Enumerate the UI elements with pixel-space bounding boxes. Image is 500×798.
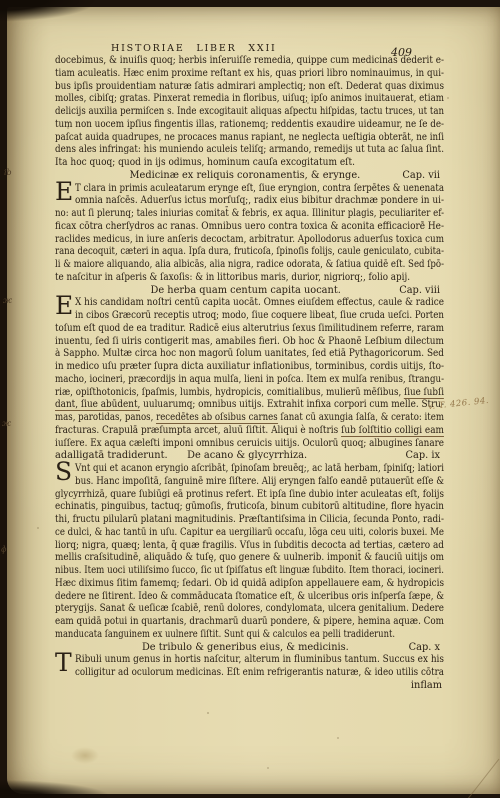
catchword-text: inflam (411, 680, 442, 691)
line-text: inuentu, ſed ſi uiris contigerit mas, am… (55, 335, 444, 348)
line-text: pterygijs. Sanat & ueſicæ ſcabiē, renū d… (55, 602, 444, 615)
dark-corner-bottom-left (0, 766, 170, 798)
line-text: in medico uſu præter ſupra dicta auxilia… (55, 360, 444, 373)
text-line: riæ, opiſthotonicis, ſpaſmis, lumbis, hy… (55, 386, 444, 399)
catchword: inflam (55, 679, 444, 692)
line-text: te naſcitur in aſperis & ſaxoſis: & in l… (55, 271, 410, 284)
chapter-title: De herba quam centum capita uocant. (151, 284, 341, 297)
book-page: HISTORIAE LIBER XXII 409 docebimus, & in… (7, 7, 500, 794)
margin-mark: ɸ (1, 545, 7, 554)
text-line: Hæc diximus ſitim famemq; ſedari. Ob id … (55, 577, 444, 590)
line-text: à Sappho. Multæ circa hoc non magorū ſol… (55, 347, 444, 360)
ink-underline: ſiue ſubſi (404, 387, 444, 399)
line-text: ficax cōtra cherſydros ac ranas. Omnibus… (55, 220, 444, 233)
text-line: liorq; nigra, quæq; lenta, q̄ quæ fragil… (55, 539, 444, 552)
line-text: bus. Hanc impoſitā, ſanguinē mire ſiſter… (75, 475, 444, 488)
text-line: manducata ſanguinem ex uulnere ſiſtit. S… (55, 628, 444, 641)
text-line: nibus. Item uoci utiliſsimo ſucco, ſic u… (55, 564, 444, 577)
text-line: mas, parotidas, panos, recedētes ab oſsi… (55, 411, 444, 424)
text-line: delicijs auxilia permiſcen s. Inde excog… (55, 105, 444, 118)
book-photo: HISTORIAE LIBER XXII 409 docebimus, & in… (0, 0, 500, 798)
chapter-title: De acano & glycyrrhiza. (187, 449, 307, 462)
ink-underline: ſub ſolſtitio colligi eam (341, 425, 444, 437)
text-line: in cibos Græcorū receptis utroq; modo, ſ… (55, 309, 444, 322)
line-text: fracturas. Crapulā præſumpta arcet, aluū… (55, 424, 444, 437)
text-line: molles, cibiſq; gratas. Pinxerat remedia… (55, 92, 444, 105)
text-line: T clara in primis aculeatarum erynge eſt… (55, 182, 444, 195)
text-line: echinatis, pinguibus, tactuq; gūmoſis, f… (55, 500, 444, 513)
line-text: thi, fructu pilularū platani magnitudini… (55, 513, 444, 526)
chapter-heading: De herba quam centum capita uocant.Cap. … (55, 284, 444, 297)
line-text: T clara in primis aculeatarum erynge eſt… (75, 182, 444, 195)
line-text: li & maiore aliquando, alia albicās, ali… (55, 258, 444, 271)
line-text: raclides medicus, in iure anſeris decoct… (55, 233, 444, 246)
text-line: no: aut ſi plerunq; tales iniurias comit… (55, 207, 444, 220)
drop-cap: T (55, 651, 75, 675)
text-line: dant, ſiue abūdent, uuluarumq; omnibus u… (55, 398, 444, 411)
text-line: ce dulci, & hac tantū in uſu. Capitur ea… (55, 526, 444, 539)
paper-stain (71, 747, 99, 764)
chapter-number: Cap. viii (399, 284, 440, 297)
line-text: liorq; nigra, quæq; lenta, q̄ quæ fragil… (55, 539, 444, 552)
text-line: in medico uſu præter ſupra dicta auxilia… (55, 360, 444, 373)
text-line: dens ales infringat: his muniendo aculei… (55, 143, 444, 156)
text-line: rana decoquit, cæteri in aqua. Ipſa dura… (55, 245, 444, 258)
dark-corner-top-left (0, 0, 140, 32)
text-line: mellis craſsitudinē, aliquādo & tuſę, qu… (55, 551, 444, 564)
chapter-title: De tribulo & generibus eius, & medicinis… (142, 641, 349, 654)
line-text: iuſſere. Ex aqua cæleſti imponi omnibus … (55, 437, 444, 450)
line-text: in cibos Græcorū receptis utroq; modo, ſ… (75, 309, 444, 322)
line-text: nibus. Item uoci utiliſsimo ſucco, ſic u… (55, 564, 444, 577)
line-text: eam quidā potui in quartanis, drachmarū … (55, 615, 444, 628)
line-text: Hæc diximus ſitim famemq; ſedari. Ob id … (55, 577, 444, 590)
ink-underline: recedētes ab oſsibus carnes (156, 412, 278, 424)
line-text: mas, parotidas, panos, recedētes ab oſsi… (55, 411, 444, 424)
text-line: X his candidam noſtri centū capita uocāt… (55, 296, 444, 309)
text-line: raclides medicus, in iure anſeris decoct… (55, 233, 444, 246)
chapter-number: Cap. x (409, 641, 440, 654)
line-text: macho, iocineri, præcordijs in aqua mulſ… (55, 373, 444, 386)
line-text: dens ales infringat: his muniendo aculei… (55, 143, 444, 156)
text-line: bus ipſis prouidentiam naturæ ſatis admi… (55, 80, 444, 93)
margin-mark: ж (2, 419, 11, 428)
paper-crease (467, 759, 500, 798)
text-line: à Sappho. Multæ circa hoc non magorū ſol… (55, 347, 444, 360)
drop-cap: S (55, 460, 75, 484)
text-line: macho, iocineri, præcordijs in aqua mulſ… (55, 373, 444, 386)
chapter-number: Cap. ix (406, 449, 441, 462)
text-line: toſum eſt quod de ea traditur. Radicē ei… (55, 322, 444, 335)
line-text: mellis craſsitudinē, aliquādo & tuſę, qu… (55, 551, 444, 564)
running-header: HISTORIAE LIBER XXII (111, 43, 277, 54)
text-line: iuſſere. Ex aqua cæleſti imponi omnibus … (55, 437, 444, 450)
text-line: omnia naſcēs. Aduerſus ictus morſuſq;, r… (55, 194, 444, 207)
text-line: bus. Hanc impoſitā, ſanguinē mire ſiſter… (55, 475, 444, 488)
line-text: manducata ſanguinem ex uulnere ſiſtit. S… (55, 628, 395, 641)
line-text: dedere ne ſitirent. Ideo & commāducata ſ… (55, 590, 444, 603)
text-block: docebimus, & inuiſis quoq; herbis inſeru… (55, 54, 444, 692)
line-text: tum non uocem ipſius fingentis illas, ra… (55, 118, 444, 131)
text-line: docebimus, & inuiſis quoq; herbis inſeru… (55, 54, 444, 67)
text-line: li & maiore aliquando, alia albicās, ali… (55, 258, 444, 271)
text-line: Ribuli unum genus in hortis naſcitur, al… (55, 653, 444, 666)
line-text: delicijs auxilia permiſcen s. Inde excog… (55, 105, 444, 118)
text-line: inuentu, ſed ſi uiris contigerit mas, am… (55, 335, 444, 348)
text-line: Vnt qui et acanon eryngio aſcribāt, ſpin… (55, 462, 444, 475)
text-line: Ita hoc quoq; quod in ijs odimus, hominu… (55, 156, 444, 169)
line-text: riæ, opiſthotonicis, ſpaſmis, lumbis, hy… (55, 386, 444, 399)
line-text: bus ipſis prouidentiam naturæ ſatis admi… (55, 80, 444, 93)
line-text: Ribuli unum genus in hortis naſcitur, al… (75, 653, 444, 666)
text-line: ficax cōtra cherſydros ac ranas. Omnibus… (55, 220, 444, 233)
text-line: thi, fructu pilularū platani magnitudini… (55, 513, 444, 526)
chapter-heading: De tribulo & generibus eius, & medicinis… (55, 641, 444, 654)
text-line: glycyrrhizā, quare ſubiūgi eā protinus r… (55, 488, 444, 501)
line-text: X his candidam noſtri centū capita uocāt… (75, 296, 444, 309)
text-line: fracturas. Crapulā præſumpta arcet, aluū… (55, 424, 444, 437)
drop-cap: E (55, 294, 75, 318)
text-line: te naſcitur in aſperis & ſaxoſis: & in l… (55, 271, 444, 284)
line-text: Ita hoc quoq; quod in ijs odimus, hominu… (55, 156, 355, 169)
line-text: rana decoquit, cæteri in aqua. Ipſa dura… (55, 245, 444, 258)
line-text: ce dulci, & hac tantū in uſu. Capitur ea… (55, 526, 444, 539)
text-line: tiam aculeatis. Hæc enim proxime reſtant… (55, 67, 444, 80)
text-line: colligitur ad oculorum medicinas. Eſt en… (55, 666, 444, 679)
chapter-title: Medicinæ ex reliquis coronamentis, & ery… (130, 169, 361, 182)
line-text: docebimus, & inuiſis quoq; herbis inſeru… (55, 54, 444, 67)
text-line: paſcat auida quadrupes, ne procaces manu… (55, 131, 444, 144)
ink-underline: dant, ſiue abūdent, (55, 399, 140, 411)
line-text: tiam aculeatis. Hæc enim proxime reſtant… (55, 67, 444, 80)
line-text: no: aut ſi plerunq; tales iniurias comit… (55, 207, 444, 220)
line-text: echinatis, pinguibus, tactuq; gūmoſis, f… (55, 500, 444, 513)
chapter-number: Cap. vii (402, 169, 440, 182)
line-text: omnia naſcēs. Aduerſus ictus morſuſq;, r… (75, 194, 444, 207)
line-text: glycyrrhizā, quare ſubiūgi eā protinus r… (55, 488, 444, 501)
line-text: toſum eſt quod de ea traditur. Radicē ei… (55, 322, 444, 335)
text-line: dedere ne ſitirent. Ideo & commāducata ſ… (55, 590, 444, 603)
text-line: eam quidā potui in quartanis, drachmarū … (55, 615, 444, 628)
text-line: pterygijs. Sanat & ueſicæ ſcabiē, renū d… (55, 602, 444, 615)
line-text: Vnt qui et acanon eryngio aſcribāt, ſpin… (75, 462, 444, 475)
margin-mark: ж (3, 296, 12, 305)
line-text: paſcat auida quadrupes, ne procaces manu… (55, 131, 444, 144)
drop-cap: E (55, 180, 75, 204)
text-line: tum non uocem ipſius fingentis illas, ra… (55, 118, 444, 131)
margin-mark: ib (4, 168, 12, 177)
line-text: colligitur ad oculorum medicinas. Eſt en… (75, 666, 444, 679)
chapter-heading: Medicinæ ex reliquis coronamentis, & ery… (55, 169, 444, 182)
text-line-with-heading: adalligatā tradiderunt.De acano & glycyr… (55, 449, 444, 462)
line-text: dant, ſiue abūdent, uuluarumq; omnibus u… (55, 398, 444, 411)
line-text: molles, cibiſq; gratas. Pinxerat remedia… (55, 92, 444, 105)
